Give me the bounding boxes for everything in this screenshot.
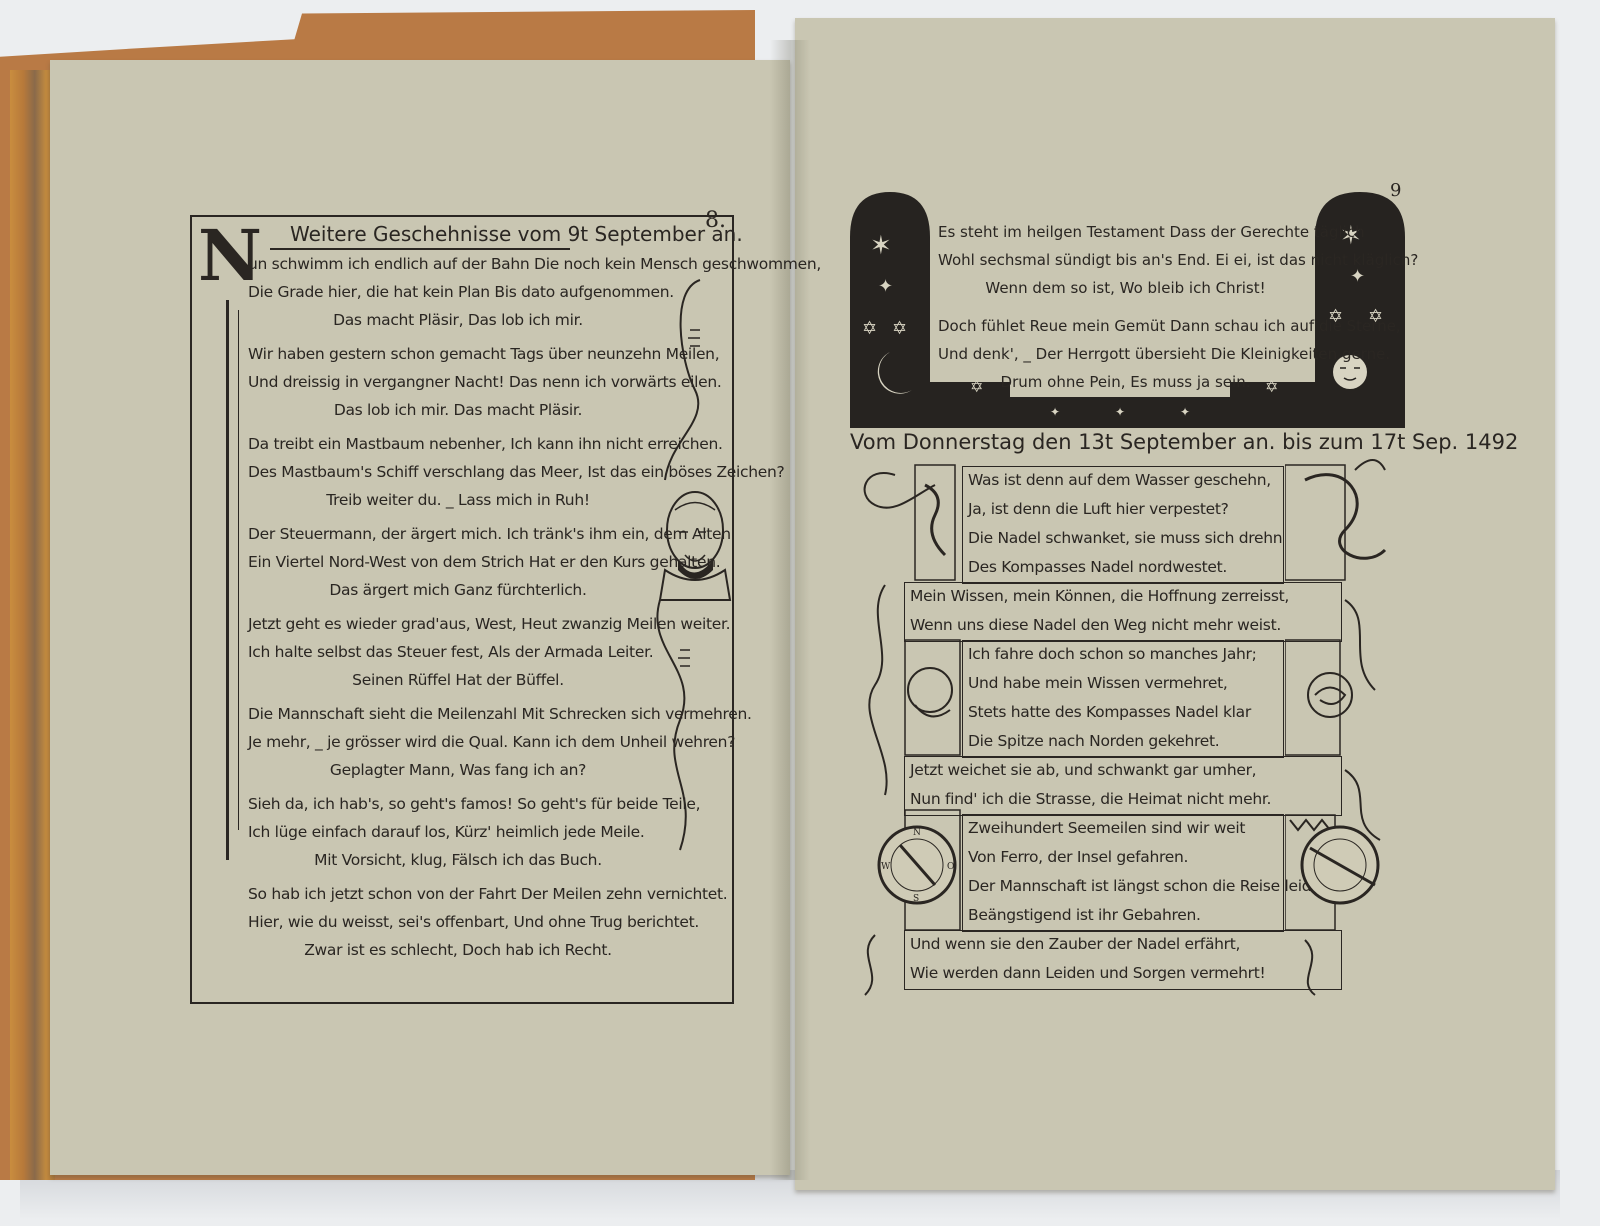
verse-refrain: Das ärgert mich Ganz fürchterlich. [248,576,668,604]
banner-verse: Es steht im heilgen Testament Dass der G… [938,218,1313,396]
verse-line: Und dreissig in vergangner Nacht! Das ne… [248,368,668,396]
right-verse-block-5: Zweihundert Seemeilen sind wir weit Von … [968,814,1288,930]
book-gutter [770,40,810,1180]
stanza: Sieh da, ich hab's, so geht's famos! So … [248,790,668,874]
verse-line: Wohl sechsmal sündigt bis an's End. Ei e… [938,246,1313,274]
right-page-title: Vom Donnerstag den 13t September an. bis… [850,430,1518,454]
right-verse-block-3: Ich fahre doch schon so manches Jahr; Un… [968,640,1288,756]
verse-refrain: Mit Vorsicht, klug, Fälsch ich das Buch. [248,846,668,874]
svg-text:O: O [947,862,954,872]
verse-line: Wenn uns diese Nadel den Weg nicht mehr … [910,611,1340,640]
left-page-verse: un schwimm ich endlich auf der Bahn Die … [248,250,668,970]
verse-refrain: Das lob ich mir. Das macht Pläsir. [248,396,668,424]
verse-line: Je mehr, _ je grösser wird die Qual. Kan… [248,728,668,756]
verse-line: Die Grade hier, die hat kein Plan Bis da… [248,278,668,306]
svg-text:✦: ✦ [1115,405,1125,419]
svg-text:✡: ✡ [892,318,907,339]
verse-line: Ein Viertel Nord-West von dem Strich Hat… [248,548,668,576]
verse-refrain: Das macht Pläsir, Das lob ich mir. [248,306,668,334]
verse-refrain: Seinen Rüffel Hat der Büffel. [248,666,668,694]
verse-line: Hier, wie du weisst, sei's offenbart, Un… [248,908,668,936]
verse-refrain: Zwar ist es schlecht, Doch hab ich Recht… [248,936,668,964]
stanza: Da treibt ein Mastbaum nebenher, Ich kan… [248,430,668,514]
sailor-portrait-illustration [640,270,740,890]
verse-line: Ich fahre doch schon so manches Jahr; [968,640,1288,669]
verse-line: Jetzt geht es wieder grad'aus, West, Heu… [248,610,668,638]
verse-refrain: Geplagter Mann, Was fang ich an? [248,756,668,784]
svg-text:✶: ✶ [870,231,892,261]
stanza: un schwimm ich endlich auf der Bahn Die … [248,250,668,334]
svg-text:✦: ✦ [1350,266,1365,287]
verse-line: Mein Wissen, mein Können, die Hoffnung z… [910,582,1340,611]
verse-line: Der Mannschaft ist längst schon die Reis… [968,872,1288,901]
verse-line: Und denk', _ Der Herrgott übersieht Die … [938,340,1313,368]
right-verse-block-2: Mein Wissen, mein Können, die Hoffnung z… [910,582,1340,640]
verse-line: Nun find' ich die Strasse, die Heimat ni… [910,785,1340,814]
night-sky-banner: ✶ ✦ ✡ ✡ ✡ ✦ ✦ ✦ ✡ ✶ ✦ ✡ ✡ Es steht im he… [850,192,1405,428]
stanza: So hab ich jetzt schon von der Fahrt Der… [248,880,668,964]
svg-text:✦: ✦ [1180,405,1190,419]
svg-text:✦: ✦ [878,276,893,297]
left-page-title: Weitere Geschehnisse vom 9t September an… [290,222,743,246]
svg-text:✡: ✡ [862,318,877,339]
right-verse-block-1: Was ist denn auf dem Wasser geschehn, Ja… [968,466,1288,582]
verse-line: Und habe mein Wissen vermehret, [968,669,1288,698]
verse-line: Ich halte selbst das Steuer fest, Als de… [248,638,668,666]
verse-line: Die Nadel schwanket, sie muss sich drehn [968,524,1288,553]
stanza: Jetzt geht es wieder grad'aus, West, Heu… [248,610,668,694]
verse-line: un schwimm ich endlich auf der Bahn Die … [248,250,668,278]
svg-text:W: W [881,862,891,872]
verse-refrain: Wenn dem so ist, Wo bleib ich Christ! [938,274,1313,302]
floral-ornament-right [1285,440,1400,1000]
verse-line: Ich lüge einfach darauf los, Kürz' heiml… [248,818,668,846]
svg-text:S: S [913,894,919,904]
stanza: Wir haben gestern schon gemacht Tags übe… [248,340,668,424]
verse-line: Des Mastbaum's Schiff verschlang das Mee… [248,458,668,486]
svg-text:✦: ✦ [1050,405,1060,419]
verse-line: Des Kompasses Nadel nordwestet. [968,553,1288,582]
verse-line: Doch fühlet Reue mein Gemüt Dann schau i… [938,312,1313,340]
verse-line: Die Mannschaft sieht die Meilenzahl Mit … [248,700,668,728]
verse-line: Die Spitze nach Norden gekehret. [968,727,1288,756]
cover-spine-edge [10,70,55,1180]
verse-line: Jetzt weichet sie ab, und schwankt gar u… [910,756,1340,785]
verse-line: Es steht im heilgen Testament Dass der G… [938,218,1313,246]
verse-line: Der Steuermann, der ärgert mich. Ich trä… [248,520,668,548]
verse-line: Ja, ist denn die Luft hier verpestet? [968,495,1288,524]
verse-line: Zweihundert Seemeilen sind wir weit [968,814,1288,843]
verse-line: Wir haben gestern schon gemacht Tags übe… [248,340,668,368]
vine-ornament-left-inner [238,310,239,830]
svg-text:N: N [913,828,921,838]
verse-line: Stets hatte des Kompasses Nadel klar [968,698,1288,727]
verse-line: Und wenn sie den Zauber der Nadel erfähr… [910,930,1340,959]
verse-line: Von Ferro, der Insel gefahren. [968,843,1288,872]
verse-line: Beängstigend ist ihr Gebahren. [968,901,1288,930]
verse-line: Was ist denn auf dem Wasser geschehn, [968,466,1288,495]
verse-line: Sieh da, ich hab's, so geht's famos! So … [248,790,668,818]
right-verse-block-6: Und wenn sie den Zauber der Nadel erfähr… [910,930,1340,988]
right-verse-block-4: Jetzt weichet sie ab, und schwankt gar u… [910,756,1340,814]
verse-line: So hab ich jetzt schon von der Fahrt Der… [248,880,668,908]
verse-refrain: Treib weiter du. _ Lass mich in Ruh! [248,486,668,514]
verse-line: Da treibt ein Mastbaum nebenher, Ich kan… [248,430,668,458]
floral-ornament-left: N O S W [855,455,965,1000]
vine-ornament-left [226,300,229,860]
verse-refrain: Drum ohne Pein, Es muss ja sein. [938,368,1313,396]
verse-line: Wie werden dann Leiden und Sorgen vermeh… [910,959,1340,988]
stanza: Der Steuermann, der ärgert mich. Ich trä… [248,520,668,604]
stanza: Die Mannschaft sieht die Meilenzahl Mit … [248,700,668,784]
